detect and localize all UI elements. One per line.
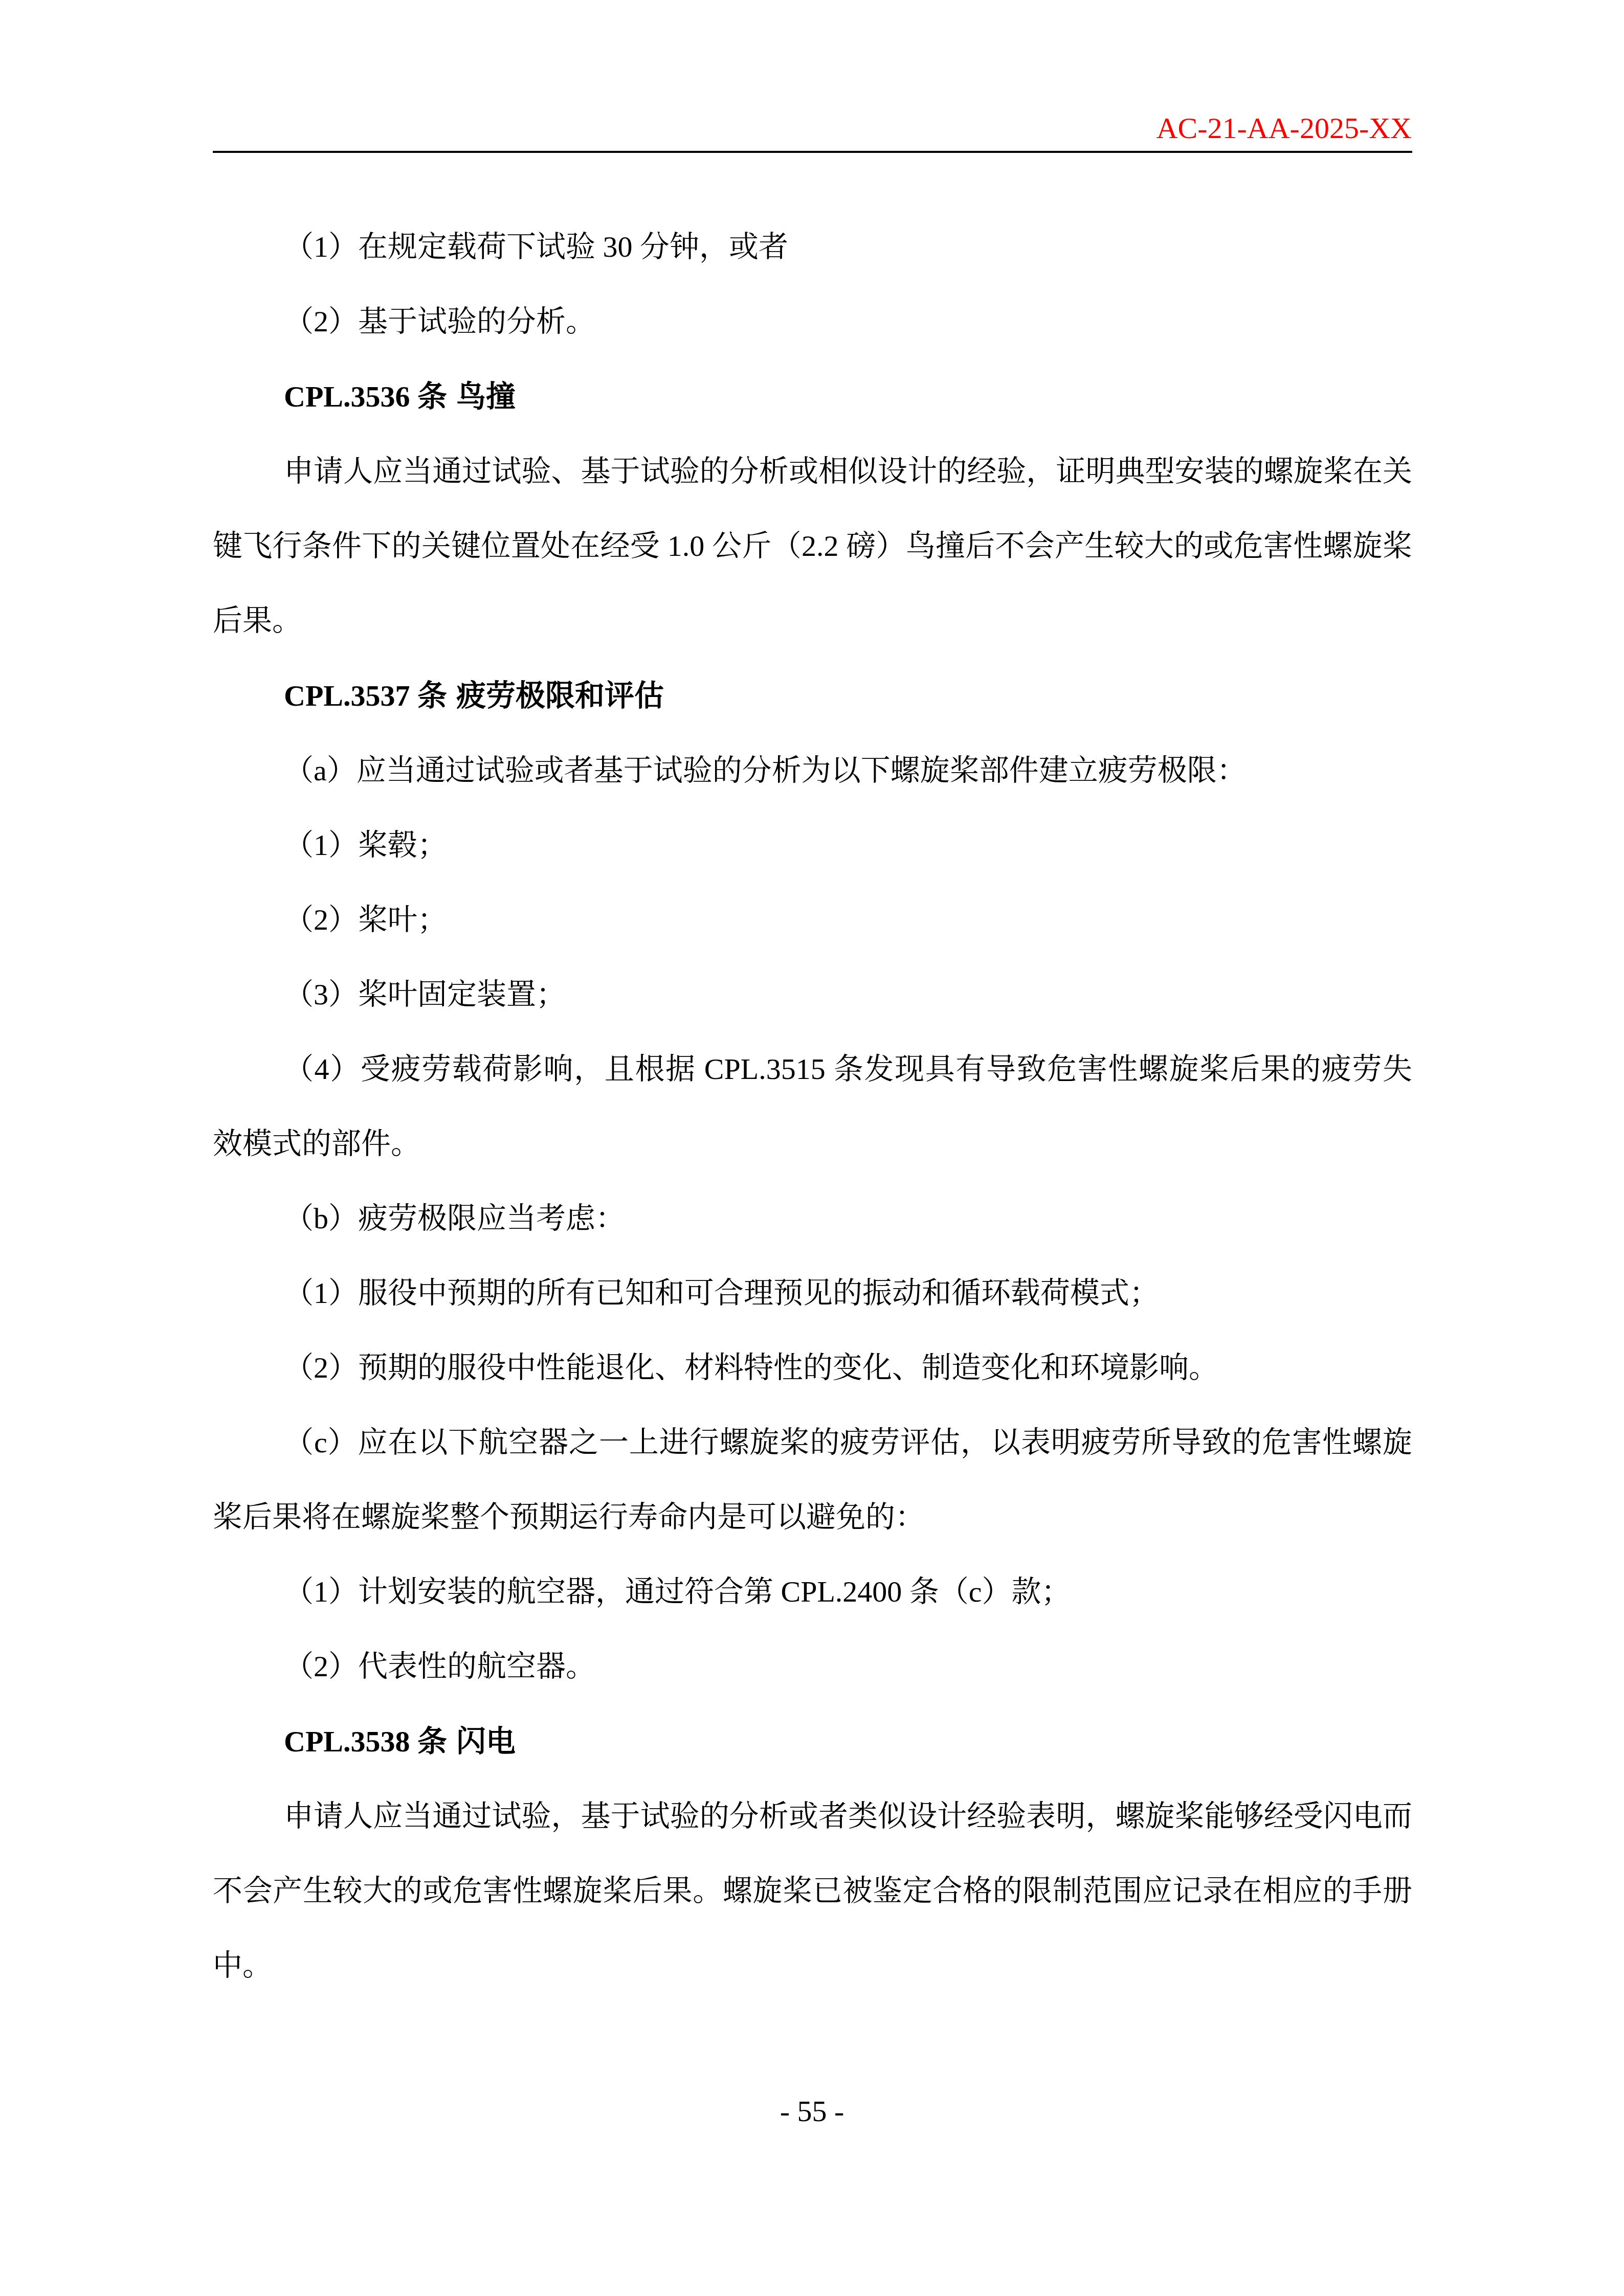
list-item: （4）受疲劳载荷影响，且根据 CPL.3515 条发现具有导致危害性螺旋桨后果的…: [213, 1032, 1412, 1181]
list-item: （1）在规定载荷下试验 30 分钟，或者: [213, 210, 1412, 284]
paragraph: （b）疲劳极限应当考虑：: [213, 1181, 1412, 1256]
paragraph: （a）应当通过试验或者基于试验的分析为以下螺旋桨部件建立疲劳极限：: [213, 733, 1412, 808]
section-number: CPL.3536 条: [284, 380, 447, 413]
section-number: CPL.3538 条: [284, 1725, 447, 1758]
list-item: （1）桨毂；: [213, 808, 1412, 883]
paragraph: 申请人应当通过试验，基于试验的分析或者类似设计经验表明，螺旋桨能够经受闪电而不会…: [213, 1779, 1412, 2003]
document-code: AC-21-AA-2025-XX: [1156, 114, 1412, 143]
list-item: （2）代表性的航空器。: [213, 1629, 1412, 1704]
paragraph: （c）应在以下航空器之一上进行螺旋桨的疲劳评估，以表明疲劳所导致的危害性螺旋桨后…: [213, 1405, 1412, 1555]
list-item: （3）桨叶固定装置；: [213, 957, 1412, 1032]
section-heading-3537: CPL.3537 条疲劳极限和评估: [213, 658, 1412, 733]
list-item: （1）服役中预期的所有已知和可合理预见的振动和循环载荷模式；: [213, 1256, 1412, 1331]
list-item: （1）计划安装的航空器，通过符合第 CPL.2400 条（c）款；: [213, 1555, 1412, 1629]
list-item: （2）桨叶；: [213, 883, 1412, 957]
section-title: 闪电: [456, 1724, 516, 1759]
section-number: CPL.3537 条: [284, 679, 447, 712]
paragraph: 申请人应当通过试验、基于试验的分析或相似设计的经验，证明典型安装的螺旋桨在关键飞…: [213, 434, 1412, 658]
section-title: 鸟撞: [456, 379, 516, 414]
header-divider: [213, 151, 1412, 153]
section-heading-3536: CPL.3536 条鸟撞: [213, 359, 1412, 434]
page-number: - 55 -: [0, 2094, 1624, 2128]
section-title: 疲劳极限和评估: [456, 678, 664, 713]
list-item: （2）基于试验的分析。: [213, 284, 1412, 359]
section-heading-3538: CPL.3538 条闪电: [213, 1704, 1412, 1779]
list-item: （2）预期的服役中性能退化、材料特性的变化、制造变化和环境影响。: [213, 1331, 1412, 1405]
page-body: （1）在规定载荷下试验 30 分钟，或者 （2）基于试验的分析。 CPL.353…: [213, 210, 1412, 2003]
